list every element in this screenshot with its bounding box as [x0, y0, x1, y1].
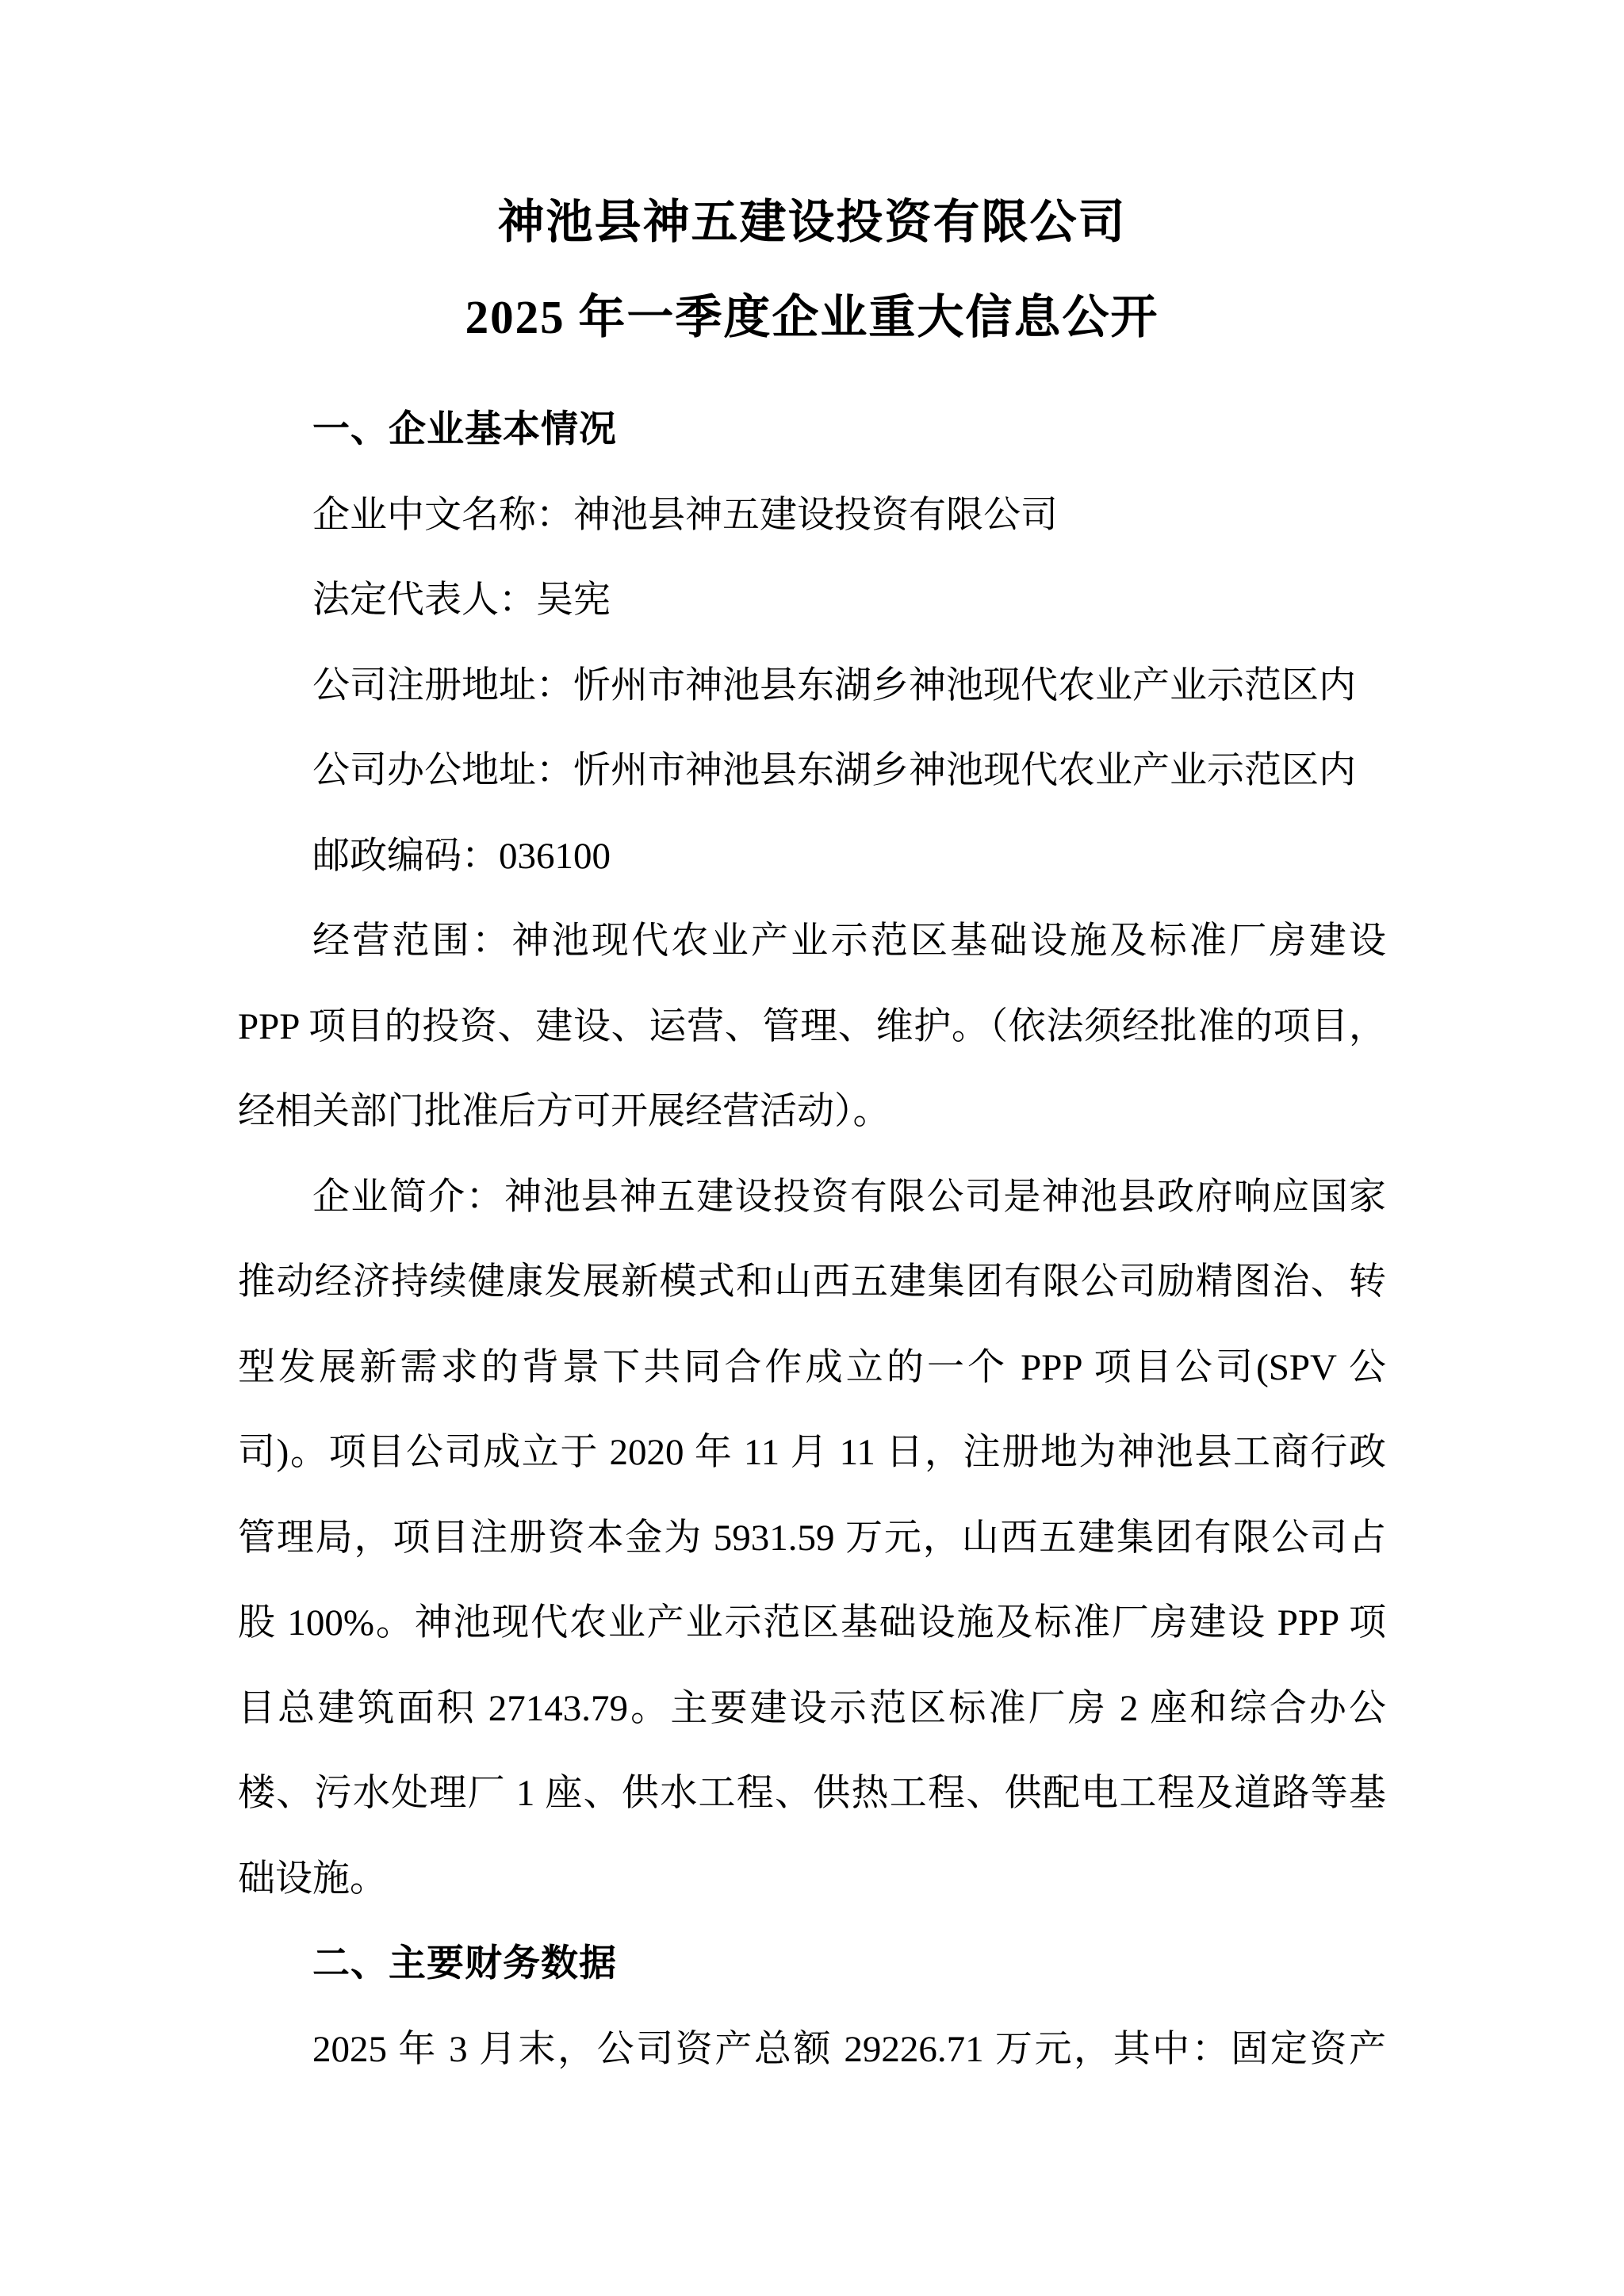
- text-line: 型发展新需求的背景下共同合作成立的一个 PPP 项目公司(SPV 公: [238, 1326, 1386, 1411]
- text-line: 楼、污水处理厂 1 座、供水工程、供热工程、供配电工程及道路等基: [238, 1751, 1386, 1837]
- document-title: 神池县神五建设投资有限公司 2025 年一季度企业重大信息公开: [238, 174, 1386, 365]
- company-chinese-name: 企业中文名称：神池县神五建设投资有限公司: [238, 473, 1386, 559]
- document-page: 神池县神五建设投资有限公司 2025 年一季度企业重大信息公开 一、企业基本情况…: [0, 0, 1624, 2296]
- text-line: 经相关部门批准后方可开展经营活动）。: [238, 1070, 1386, 1155]
- document-body: 一、企业基本情况企业中文名称：神池县神五建设投资有限公司法定代表人：吴宪公司注册…: [238, 388, 1386, 2092]
- text-line: 股 100%。神池现代农业产业示范区基础设施及标准厂房建设 PPP 项: [238, 1581, 1386, 1667]
- text-line: 目总建筑面积 27143.79。主要建设示范区标准厂房 2 座和综合办公: [238, 1667, 1386, 1752]
- section-1-heading: 一、企业基本情况: [238, 388, 1386, 473]
- text-line: 推动经济持续健康发展新模式和山西五建集团有限公司励精图治、转: [238, 1240, 1386, 1326]
- business-scope: 经营范围：神池现代农业产业示范区基础设施及标准厂房建设PPP 项目的投资、建设、…: [238, 899, 1386, 1155]
- text-line: 邮政编码：036100: [238, 814, 1386, 900]
- text-line: 司)。项目公司成立于 2020 年 11 月 11 日，注册地为神池县工商行政: [238, 1410, 1386, 1496]
- title-line-2: 2025 年一季度企业重大信息公开: [238, 270, 1386, 365]
- text-line: 企业中文名称：神池县神五建设投资有限公司: [238, 473, 1386, 559]
- text-line: PPP 项目的投资、建设、运营、管理、维护。（依法须经批准的项目，: [238, 985, 1386, 1070]
- registered-address: 公司注册地址：忻州市神池县东湖乡神池现代农业产业示范区内: [238, 644, 1386, 729]
- company-profile: 企业简介：神池县神五建设投资有限公司是神池县政府响应国家推动经济持续健康发展新模…: [238, 1155, 1386, 1923]
- section-2-heading: 二、主要财务数据: [238, 1922, 1386, 2007]
- heading-line: 二、主要财务数据: [238, 1922, 1386, 2007]
- office-address: 公司办公地址：忻州市神池县东湖乡神池现代农业产业示范区内: [238, 729, 1386, 814]
- text-line: 管理局，项目注册资本金为 5931.59 万元，山西五建集团有限公司占: [238, 1496, 1386, 1582]
- text-line: 公司注册地址：忻州市神池县东湖乡神池现代农业产业示范区内: [238, 644, 1386, 729]
- text-line: 法定代表人：吴宪: [238, 558, 1386, 644]
- text-line: 础设施。: [238, 1837, 1386, 1923]
- legal-representative: 法定代表人：吴宪: [238, 558, 1386, 644]
- financial-data: 2025 年 3 月末，公司资产总额 29226.71 万元，其中：固定资产: [238, 2007, 1386, 2093]
- text-line: 公司办公地址：忻州市神池县东湖乡神池现代农业产业示范区内: [238, 729, 1386, 814]
- heading-line: 一、企业基本情况: [238, 388, 1386, 473]
- postal-code: 邮政编码：036100: [238, 814, 1386, 900]
- title-line-1: 神池县神五建设投资有限公司: [238, 174, 1386, 270]
- text-line: 2025 年 3 月末，公司资产总额 29226.71 万元，其中：固定资产: [238, 2007, 1386, 2093]
- text-line: 经营范围：神池现代农业产业示范区基础设施及标准厂房建设: [238, 899, 1386, 985]
- text-line: 企业简介：神池县神五建设投资有限公司是神池县政府响应国家: [238, 1155, 1386, 1241]
